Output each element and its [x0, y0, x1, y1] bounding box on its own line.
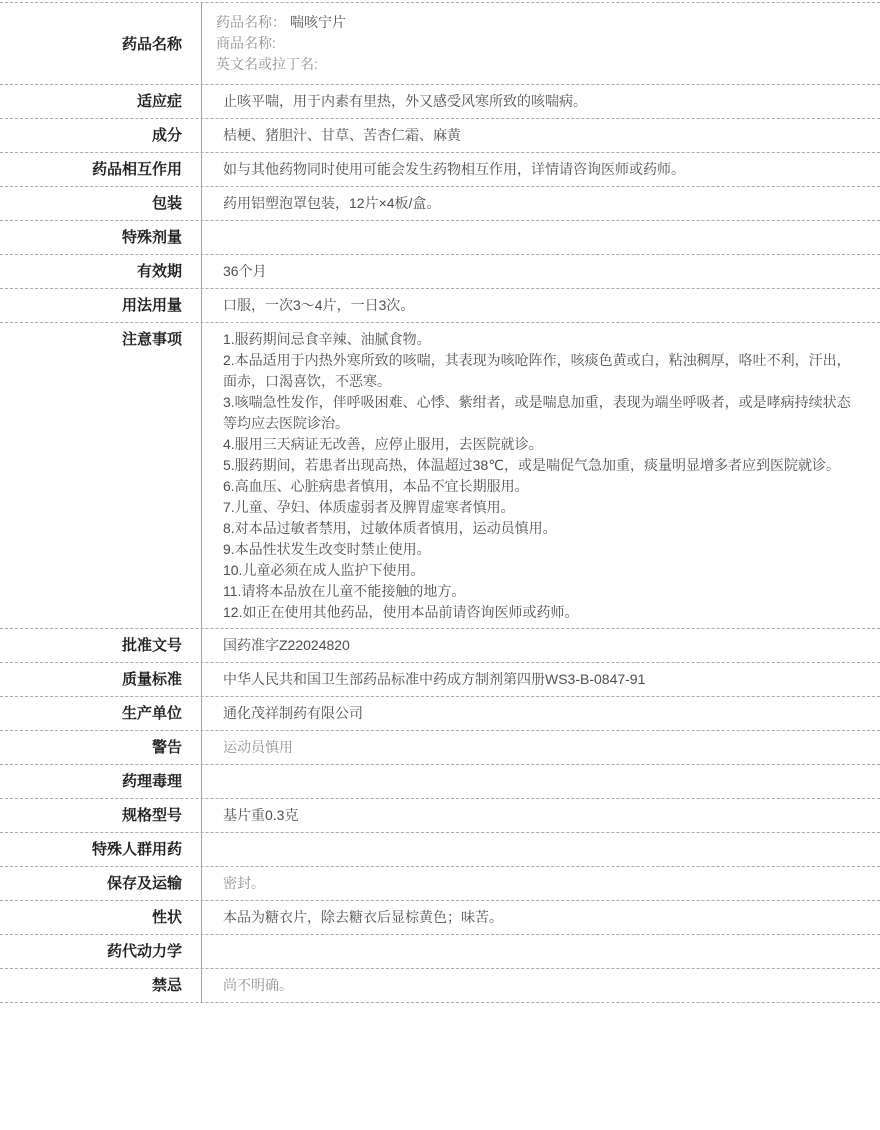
- field-english-name-key: 英文名或拉丁名:: [216, 56, 318, 72]
- row-storage-transport-label: 保存及运输: [0, 867, 202, 900]
- row-precautions-value: 1.服药期间忌食辛辣、油腻食物。 2.本品适用于内热外寒所致的咳喘，其表现为咳呛…: [202, 323, 880, 628]
- row-drug-interactions-value: 如与其他药物同时使用可能会发生药物相互作用，详情请咨询医师或药师。: [202, 153, 880, 186]
- row-approval-number-label: 批准文号: [0, 629, 202, 662]
- row-ingredients: 成分 桔梗、猪胆汁、甘草、苦杏仁霜、麻黄: [0, 119, 880, 153]
- row-contraindications: 禁忌 尚不明确。: [0, 969, 880, 1003]
- field-trade-name: 商品名称:: [216, 33, 853, 54]
- row-specification-label: 规格型号: [0, 799, 202, 832]
- row-drug-name-label: 药品名称: [0, 3, 202, 84]
- row-storage-transport-value: 密封。: [202, 867, 880, 900]
- row-packaging: 包装 药用铝塑泡罩包装，12片×4板/盒。: [0, 187, 880, 221]
- row-pharmacokinetics: 药代动力学: [0, 935, 880, 969]
- row-packaging-label: 包装: [0, 187, 202, 220]
- row-indications: 适应症 止咳平喘，用于内素有里热，外又感受风寒所致的咳喘病。: [0, 85, 880, 119]
- row-description-value: 本品为糖衣片，除去糖衣后显棕黄色；味苦。: [202, 901, 880, 934]
- row-special-populations-label: 特殊人群用药: [0, 833, 202, 866]
- row-quality-standard-label: 质量标准: [0, 663, 202, 696]
- field-generic-name: 药品名称：喘咳宁片: [216, 12, 853, 33]
- row-pharmacokinetics-label: 药代动力学: [0, 935, 202, 968]
- row-ingredients-label: 成分: [0, 119, 202, 152]
- row-warning-value: 运动员慎用: [202, 731, 880, 764]
- row-special-dosage-value: [202, 221, 880, 254]
- row-indications-label: 适应症: [0, 85, 202, 118]
- row-approval-number-value: 国药准字Z22024820: [202, 629, 880, 662]
- row-quality-standard-value: 中华人民共和国卫生部药品标准中药成方制剂第四册WS3-B-0847-91: [202, 663, 880, 696]
- row-quality-standard: 质量标准 中华人民共和国卫生部药品标准中药成方制剂第四册WS3-B-0847-9…: [0, 663, 880, 697]
- row-manufacturer-label: 生产单位: [0, 697, 202, 730]
- row-approval-number: 批准文号 国药准字Z22024820: [0, 629, 880, 663]
- row-contraindications-label: 禁忌: [0, 969, 202, 1002]
- drug-info-page: 药品名称 药品名称：喘咳宁片 商品名称: 英文名或拉丁名: 适应症 止咳平喘，用…: [0, 0, 880, 1130]
- row-precautions-label: 注意事项: [0, 323, 202, 628]
- row-description-label: 性状: [0, 901, 202, 934]
- field-generic-name-value: 喘咳宁片: [290, 14, 346, 30]
- row-special-populations: 特殊人群用药: [0, 833, 880, 867]
- row-manufacturer: 生产单位 通化茂祥制药有限公司: [0, 697, 880, 731]
- drug-info-table: 药品名称 药品名称：喘咳宁片 商品名称: 英文名或拉丁名: 适应症 止咳平喘，用…: [0, 2, 880, 1003]
- row-shelf-life-label: 有效期: [0, 255, 202, 288]
- row-description: 性状 本品为糖衣片，除去糖衣后显棕黄色；味苦。: [0, 901, 880, 935]
- row-pharmacology-toxicology: 药理毒理: [0, 765, 880, 799]
- row-special-populations-value: [202, 833, 880, 866]
- row-shelf-life: 有效期 36个月: [0, 255, 880, 289]
- row-storage-transport: 保存及运输 密封。: [0, 867, 880, 901]
- row-drug-name-value: 药品名称：喘咳宁片 商品名称: 英文名或拉丁名:: [202, 3, 880, 84]
- row-pharmacology-toxicology-value: [202, 765, 880, 798]
- row-indications-value: 止咳平喘，用于内素有里热，外又感受风寒所致的咳喘病。: [202, 85, 880, 118]
- row-precautions: 注意事项 1.服药期间忌食辛辣、油腻食物。 2.本品适用于内热外寒所致的咳喘，其…: [0, 323, 880, 629]
- row-dosage-usage-label: 用法用量: [0, 289, 202, 322]
- row-warning: 警告 运动员慎用: [0, 731, 880, 765]
- row-contraindications-value: 尚不明确。: [202, 969, 880, 1002]
- row-pharmacology-toxicology-label: 药理毒理: [0, 765, 202, 798]
- field-english-name: 英文名或拉丁名:: [216, 54, 853, 75]
- row-special-dosage-label: 特殊剂量: [0, 221, 202, 254]
- row-packaging-value: 药用铝塑泡罩包装，12片×4板/盒。: [202, 187, 880, 220]
- row-pharmacokinetics-value: [202, 935, 880, 968]
- field-trade-name-key: 商品名称:: [216, 35, 276, 51]
- row-shelf-life-value: 36个月: [202, 255, 880, 288]
- row-warning-label: 警告: [0, 731, 202, 764]
- row-ingredients-value: 桔梗、猪胆汁、甘草、苦杏仁霜、麻黄: [202, 119, 880, 152]
- row-drug-interactions: 药品相互作用 如与其他药物同时使用可能会发生药物相互作用，详情请咨询医师或药师。: [0, 153, 880, 187]
- row-manufacturer-value: 通化茂祥制药有限公司: [202, 697, 880, 730]
- row-drug-interactions-label: 药品相互作用: [0, 153, 202, 186]
- row-dosage-usage: 用法用量 口服，一次3～4片，一日3次。: [0, 289, 880, 323]
- row-specification: 规格型号 基片重0.3克: [0, 799, 880, 833]
- field-generic-name-key: 药品名称：: [216, 14, 286, 30]
- row-special-dosage: 特殊剂量: [0, 221, 880, 255]
- row-drug-name: 药品名称 药品名称：喘咳宁片 商品名称: 英文名或拉丁名:: [0, 3, 880, 85]
- row-specification-value: 基片重0.3克: [202, 799, 880, 832]
- row-dosage-usage-value: 口服，一次3～4片，一日3次。: [202, 289, 880, 322]
